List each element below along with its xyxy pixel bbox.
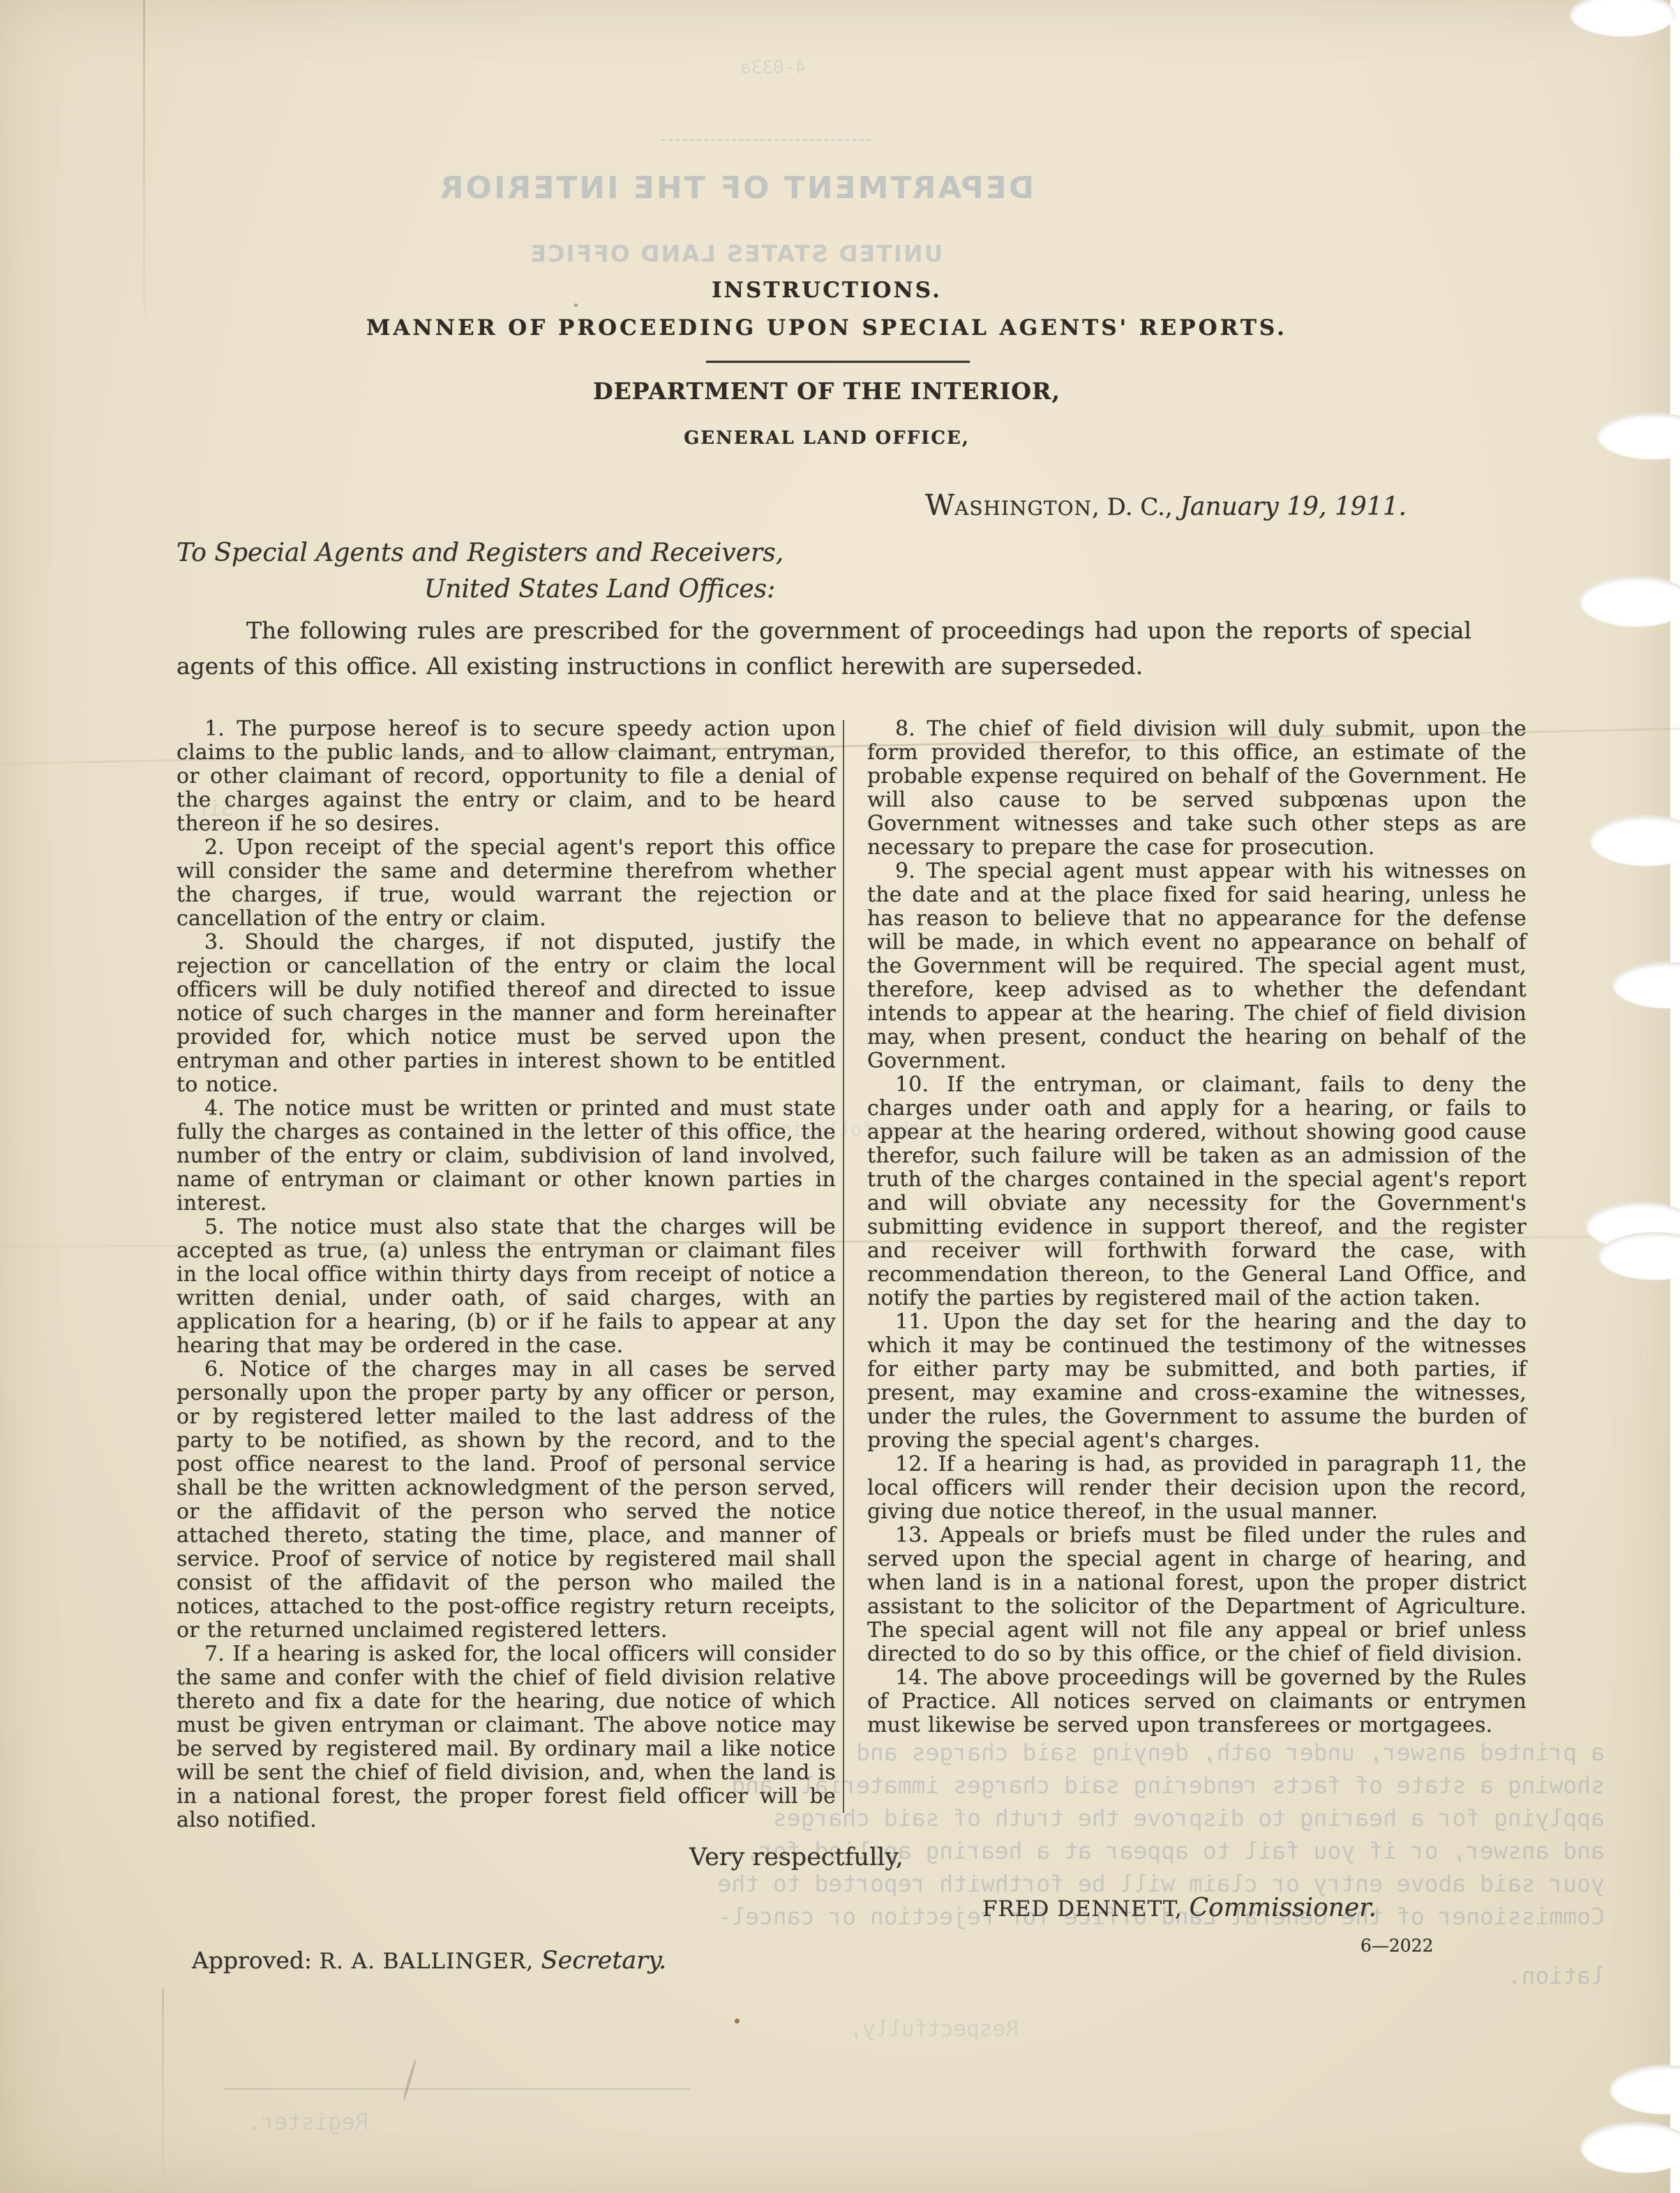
bleedthrough-header-interior: DEPARTMENT OF THE INTERIOR [387,170,1085,206]
approver-name: R. A. BALLINGER, [320,1949,534,1974]
paragraph-6: 6. Notice of the charges may in all case… [177,1358,836,1642]
dateline-separator: , D. C., [1092,493,1180,521]
paragraph-11: 11. Upon the day set for the hearing and… [867,1310,1527,1453]
dateline-place-initial: W [925,488,954,522]
paragraph-7: 7. If a hearing is asked for, the local … [177,1642,836,1832]
signature-line: FRED DENNETT, Commissioner. [982,1894,1377,1922]
bleedthrough-typed-line: and answer, or if you fail to appear at … [447,1834,1605,1867]
right-column: 8. The chief of field division will duly… [867,717,1527,1737]
paragraph-4: 4. The notice must be written or printed… [177,1097,836,1215]
dateline: WASHINGTON, D. C., January 19, 1911. [925,488,1483,522]
paragraph-12: 12. If a hearing is had, as provided in … [867,1453,1527,1524]
column-divider [843,720,844,1813]
paragraph-14: 14. The above proceedings will be govern… [867,1666,1527,1737]
paragraph-3: 3. Should the charges, if not disputed, … [177,931,836,1097]
approver-title: Secretary. [541,1947,667,1975]
paragraph-9: 9. The special agent must appear with hi… [867,860,1527,1073]
header-rule [706,361,970,363]
bleedthrough-respectfully: Respectfully, [726,2016,1019,2042]
department-heading: DEPARTMENT OF THE INTERIOR, [0,377,1653,405]
valediction: Very respectfully, [689,1843,903,1871]
intro-paragraph: The following rules are prescribed for t… [177,613,1471,684]
document-subtitle: MANNER OF PROCEEDING UPON SPECIAL AGENTS… [0,315,1653,340]
paragraph-2: 2. Upon receipt of the special agent's r… [177,836,836,931]
dateline-date: January 19, 1911. [1180,493,1407,521]
left-column: 1. The purpose hereof is to secure speed… [177,717,836,1832]
approval-prefix: Approved: [192,1947,320,1974]
bleedthrough-signature-line [223,2088,691,2090]
bleedthrough-register: Register. [187,2109,368,2135]
signer-title: Commissioner. [1190,1894,1377,1922]
paragraph-5: 5. The notice must also state that the c… [177,1215,836,1358]
paragraph-10: 10. If the entryman, or claimant, fails … [867,1073,1527,1310]
paragraph-1: 1. The purpose hereof is to secure speed… [177,717,836,836]
document-title: INSTRUCTIONS. [0,278,1653,303]
signer-name: FRED DENNETT, [982,1896,1183,1922]
paper-speck [574,304,578,307]
scanned-document-page: 4-033a DEPARTMENT OF THE INTERIOR UNITED… [0,0,1680,2193]
bleedthrough-header-land-office: UNITED STATES LAND OFFICE [457,240,1015,267]
addressee-line-2: United States Land Offices: [424,575,775,604]
paragraph-13: 13. Appeals or briefs must be filed unde… [867,1524,1527,1666]
dateline-place-rest: ASHINGTON [954,497,1092,520]
crease-bottom-left [162,1989,164,2193]
form-code: 6—2022 [1360,1936,1434,1956]
addressee-line-1: To Special Agents and Registers and Rece… [177,539,783,567]
scan-background-edge [1670,0,1680,2193]
paper-speck [735,2019,740,2023]
approval-line: Approved: R. A. BALLINGER, Secretary. [192,1947,666,1975]
paragraph-8: 8. The chief of field division will duly… [867,717,1527,860]
office-heading: GENERAL LAND OFFICE, [0,428,1653,449]
bleedthrough-dashed-rule [661,140,871,141]
bleedthrough-form-number: 4-033a [687,57,806,78]
